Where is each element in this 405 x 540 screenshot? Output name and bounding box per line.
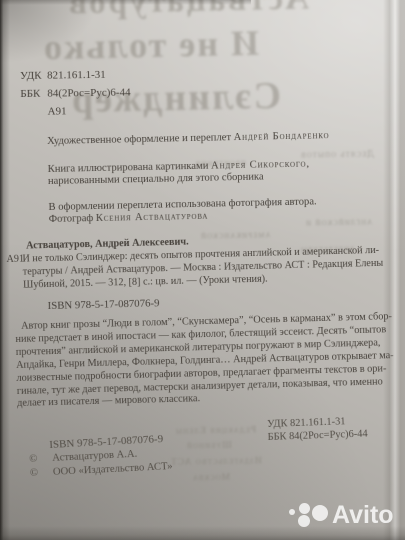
- udk-row: УДК821.161.1-31: [20, 68, 130, 83]
- bottom-codes-block: УДК 821.161.1-31 ББК 84(2Рос=Рус)6-44: [267, 416, 368, 444]
- isbn-mid: ISBN 978-5-17-087076-9: [47, 292, 384, 313]
- illustration-credit: Книга иллюстрирована картинками Андрея С…: [48, 158, 331, 189]
- showthrough-text: Издательство АСТ: [170, 456, 262, 468]
- avito-watermark: Avito: [286, 500, 400, 534]
- showthrough-text: Редакция Елены: [175, 425, 256, 436]
- author-code: А91: [48, 104, 131, 118]
- page-top-shadow: [0, 0, 251, 5]
- bbk-label: ББК: [20, 88, 47, 101]
- avito-watermark-text: Avito: [332, 501, 394, 529]
- annotation-block: Автор книг прозы “Люди в голом”, “Скунск…: [15, 311, 395, 411]
- udk-label: УДК: [20, 70, 47, 83]
- photographer-label: Фотограф: [49, 213, 96, 225]
- copyright-sign: ©: [30, 465, 54, 480]
- design-credit-text: Художественное оформление и переплет: [47, 132, 234, 147]
- page-right-edge: [383, 0, 405, 540]
- bbk-value: 84(2Рос=Рус)6-44: [47, 86, 130, 99]
- design-credit: Художественное оформление и переплет Анд…: [47, 130, 330, 149]
- credits-block: Художественное оформление и переплет Анд…: [47, 130, 331, 227]
- catalog-entry-block: Аствацатуров, Андрей Алексеевич. А91 И н…: [6, 231, 384, 314]
- udk-value: 821.161.1-31: [47, 69, 106, 82]
- avito-logo-circle-big-icon: [312, 505, 328, 521]
- showthrough-text: Шубиной: [186, 441, 232, 452]
- showthrough-text: Москва: [192, 473, 230, 484]
- photo-credit: В оформлении переплета использована фото…: [48, 196, 331, 227]
- illustrator-name: Андрея Сикорского,: [211, 158, 310, 171]
- designer-name: Андрей Бондаренко: [234, 130, 330, 143]
- book-imprint-page-photo[interactable]: Аствацатуров И не только Сэлинджер Десят…: [0, 0, 405, 540]
- copyright-sign: ©: [29, 452, 53, 467]
- showthrough-cover-title-line1: И не только: [42, 22, 260, 69]
- catalog-entry: А91 И не только Сэлинджер: десять опытов…: [6, 244, 383, 292]
- copyright-block: ©Аствацатуров А.А. ©ООО «Издательство АС…: [29, 446, 173, 480]
- avito-logo-circle-bottom-icon: [298, 515, 310, 527]
- page-left-shadow: [0, 0, 10, 540]
- avito-logo-circle-tiny-icon: [289, 509, 295, 515]
- top-codes-block: УДК821.161.1-31 ББК84(2Рос=Рус)6-44 А91: [20, 68, 131, 119]
- bbk-row: ББК84(2Рос=Рус)6-44: [20, 86, 130, 101]
- avito-logo-circle-top-icon: [299, 503, 310, 514]
- photographer-name: Ксения Аствацатурова: [96, 211, 209, 224]
